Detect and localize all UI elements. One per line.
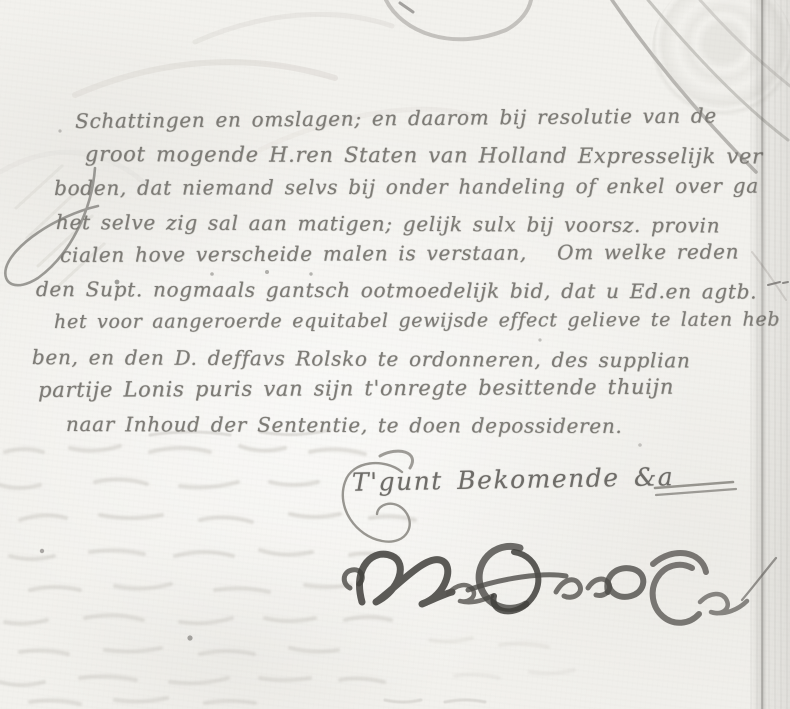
manuscript-scan: Schattingen en omslagen; en daarom bij r… [0, 0, 790, 709]
page-fold [750, 0, 790, 709]
signature-flourish [0, 0, 790, 709]
